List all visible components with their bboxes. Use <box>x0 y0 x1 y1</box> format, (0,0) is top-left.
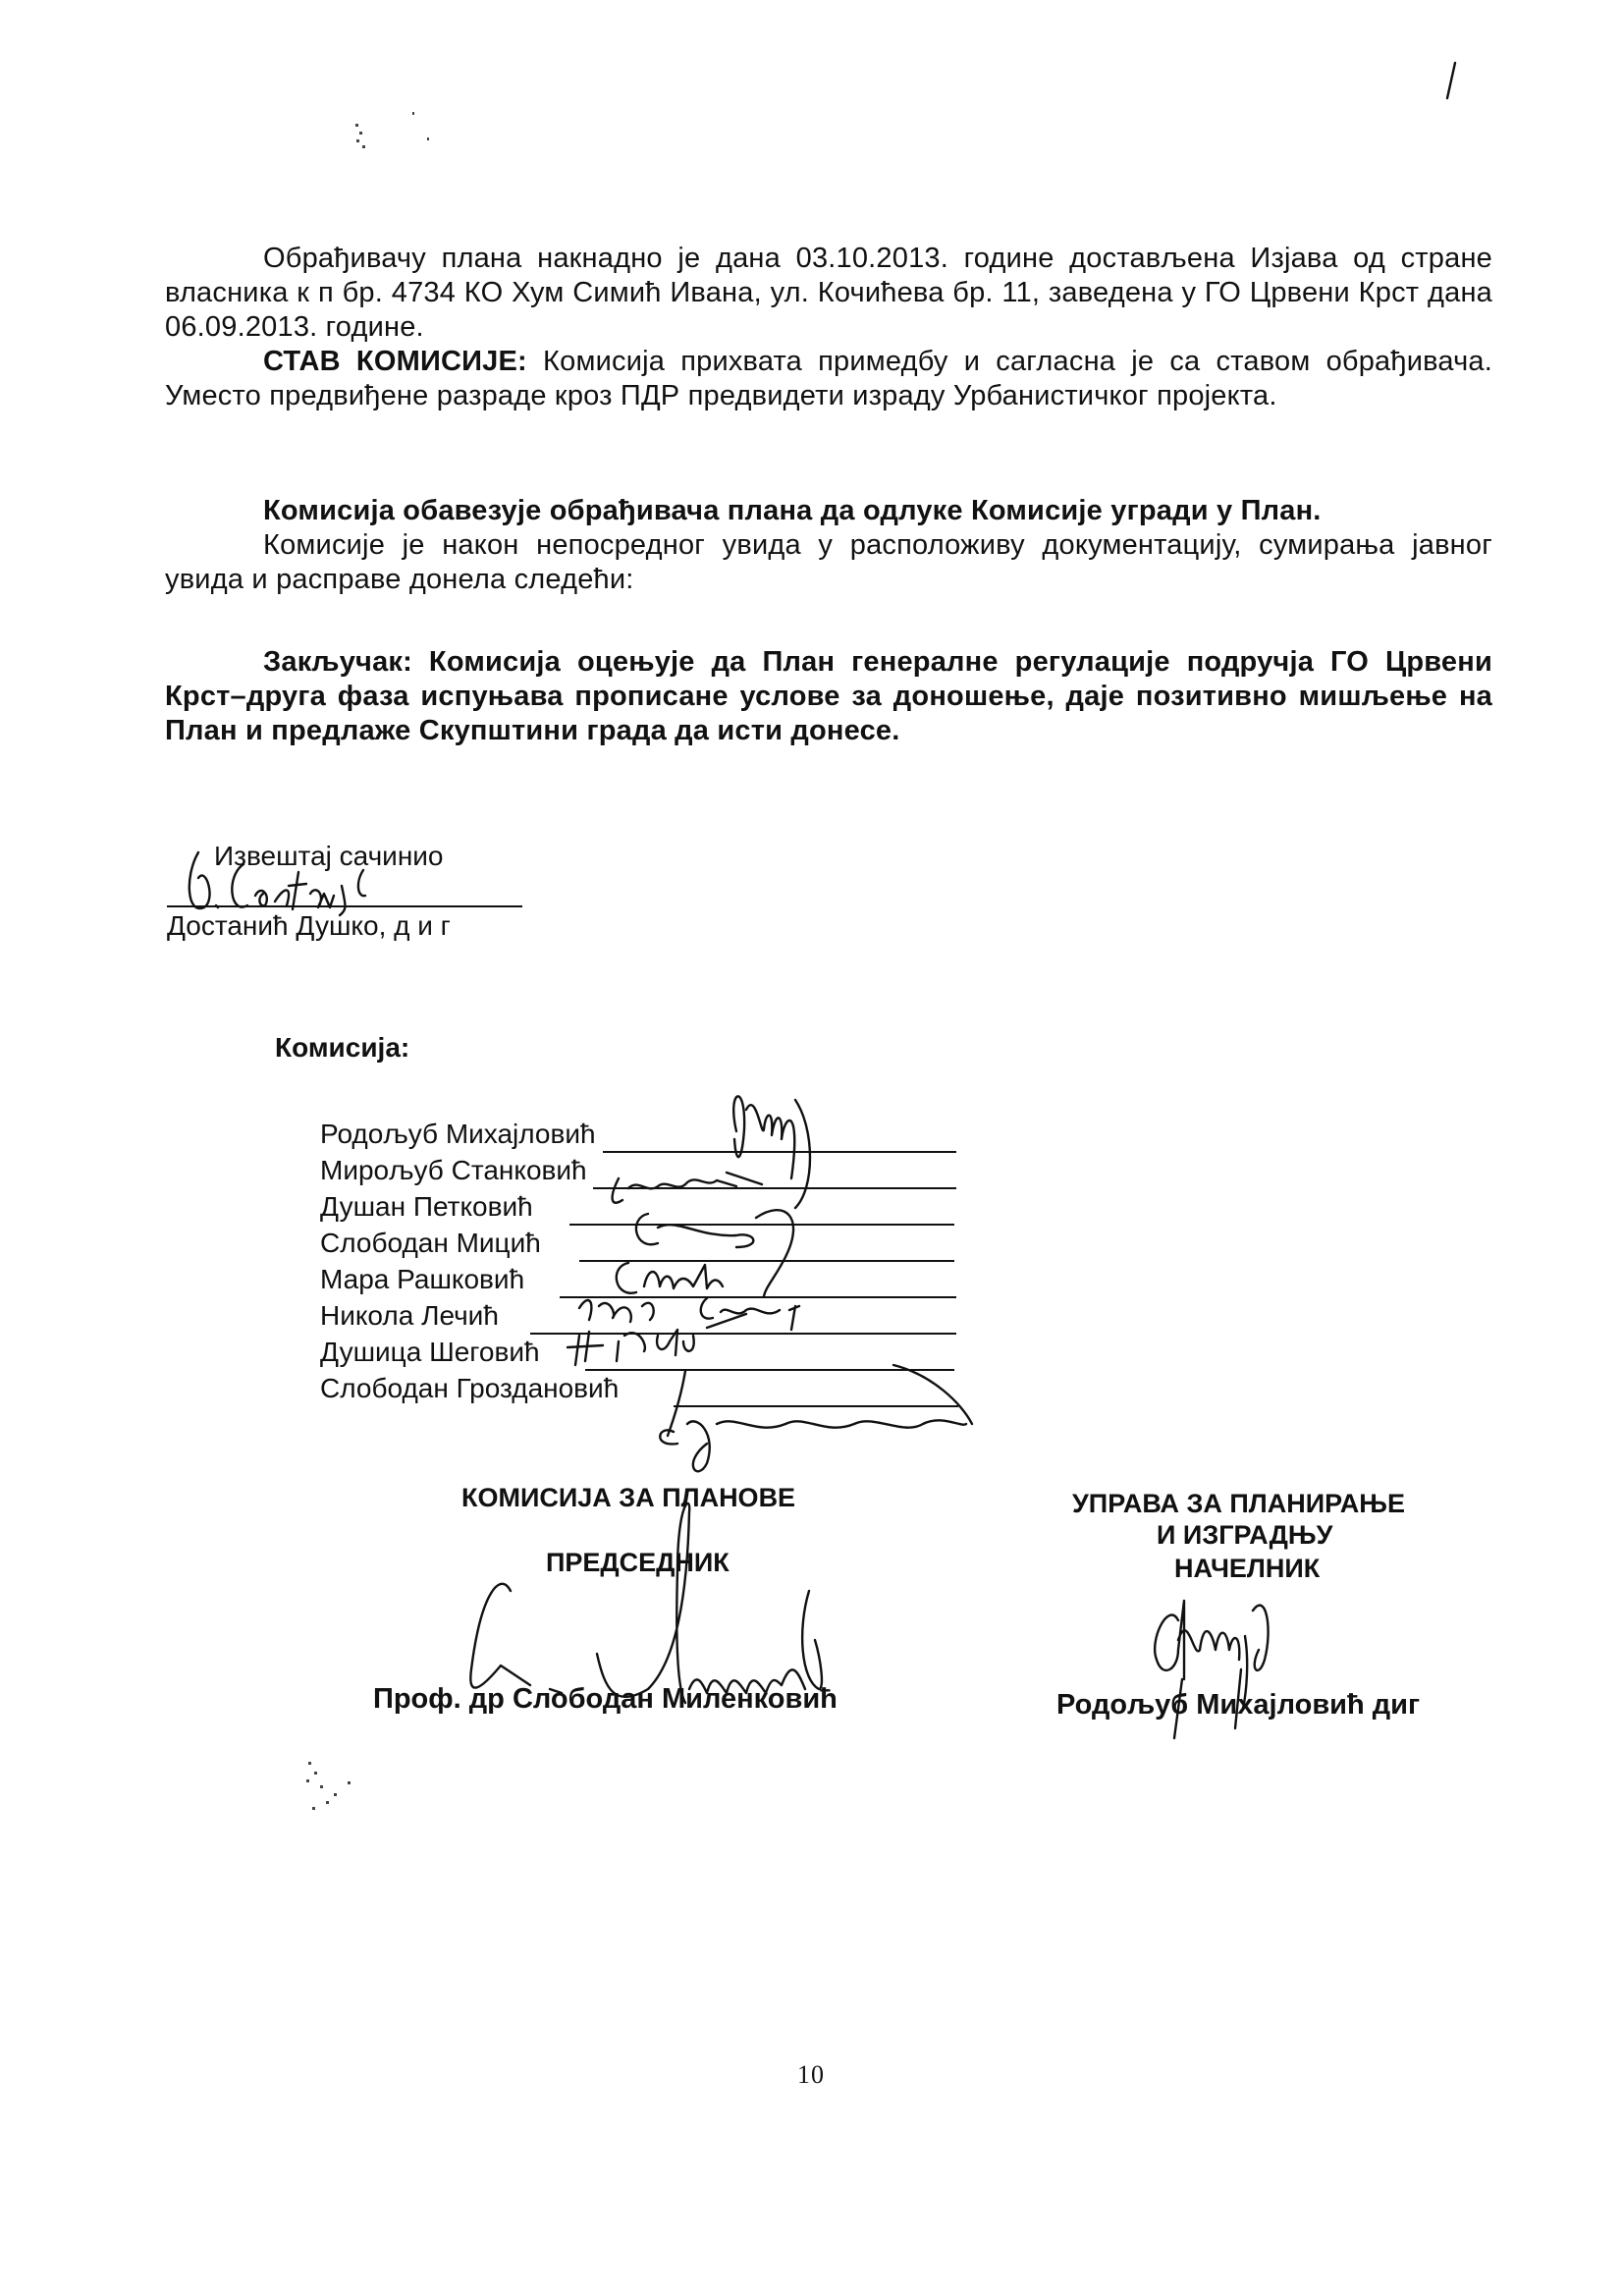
review-text: Комисије је након непосредног увида у ра… <box>165 529 1492 595</box>
member-name: Душан Петковић <box>320 1191 533 1222</box>
obligation-text: Комисија обавезује обрађивача плана да о… <box>263 495 1322 526</box>
member-signature-line <box>569 1224 954 1226</box>
paragraph-statement: Обрађивачу плана накнадно је дана 03.10.… <box>165 242 1492 345</box>
chief-label: НАЧЕЛНИК <box>1174 1554 1320 1584</box>
commission-member: Слободан Мицић <box>320 1227 541 1263</box>
president-label: ПРЕДСЕДНИК <box>546 1548 730 1578</box>
document-page: Обрађивачу плана накнадно је дана 03.10.… <box>0 0 1622 2296</box>
commission-position-label: СТАВ КОМИСИЈЕ: <box>263 346 527 377</box>
member-signature-line <box>603 1151 956 1153</box>
page-number: 10 <box>797 2060 825 2090</box>
paragraph-conclusion: Закључак: Комисија оцењује да План генер… <box>165 645 1492 748</box>
planning-administration-label: УПРАВА ЗА ПЛАНИРАЊЕ <box>1072 1489 1405 1519</box>
member-signature-line <box>530 1333 956 1335</box>
paragraph-review: Комисије је након непосредног увида у ра… <box>165 528 1492 597</box>
commission-member: Душан Петковић <box>320 1190 533 1227</box>
member-name: Мирољуб Станковић <box>320 1155 587 1185</box>
member-signature-line <box>674 1405 958 1407</box>
member-name: Родољуб Михајловић <box>320 1119 596 1149</box>
paragraph-statement-text: Обрађивачу плана накнадно је дана 03.10.… <box>165 243 1492 343</box>
report-author-signature-line <box>167 905 522 907</box>
commission-member: Мирољуб Станковић <box>320 1154 587 1190</box>
member-signatures <box>589 1070 1139 1444</box>
report-author-name: Достанић Душко, д и г <box>167 909 451 943</box>
scan-noise-top-left <box>353 118 373 157</box>
member-signature-line <box>585 1369 954 1371</box>
commission-heading: Комисија: <box>275 1031 409 1065</box>
commission-member: Родољуб Михајловић <box>320 1118 596 1154</box>
commission-for-plans-label: КОМИСИЈА ЗА ПЛАНОВЕ <box>461 1483 795 1513</box>
commission-member: Мара Рашковић <box>320 1263 524 1299</box>
commission-member: Душица Шеговић <box>320 1336 540 1372</box>
member-name: Никола Лечић <box>320 1300 499 1331</box>
member-name: Душица Шеговић <box>320 1337 540 1367</box>
president-name: Проф. др Слободан Миленковић <box>373 1683 838 1716</box>
member-name: Мара Рашковић <box>320 1264 524 1294</box>
chief-name: Родољуб Михајловић диг <box>1056 1689 1420 1722</box>
president-signature <box>432 1493 903 1709</box>
commission-member: Слободан Гроздановић <box>320 1372 619 1408</box>
report-author-label: Извештај сачинио <box>214 840 444 873</box>
commission-member: Никола Лечић <box>320 1299 499 1336</box>
paragraph-obligation: Комисија обавезује обрађивача плана да о… <box>165 494 1492 528</box>
conclusion-text: Закључак: Комисија оцењује да План генер… <box>165 646 1492 746</box>
member-signature-line <box>560 1296 956 1298</box>
planning-administration-label-line-2: И ИЗГРАДЊУ <box>1157 1520 1332 1551</box>
member-signature-line <box>593 1187 956 1189</box>
scan-mark-top-right <box>1443 59 1473 108</box>
member-signature-line <box>579 1260 954 1262</box>
member-name: Слободан Гроздановић <box>320 1373 619 1403</box>
member-name: Слободан Мицић <box>320 1228 541 1258</box>
scan-noise-bottom-left <box>304 1758 383 1817</box>
paragraph-commission-position: СТАВ КОМИСИЈЕ: Комисија прихвата примедб… <box>165 345 1492 413</box>
